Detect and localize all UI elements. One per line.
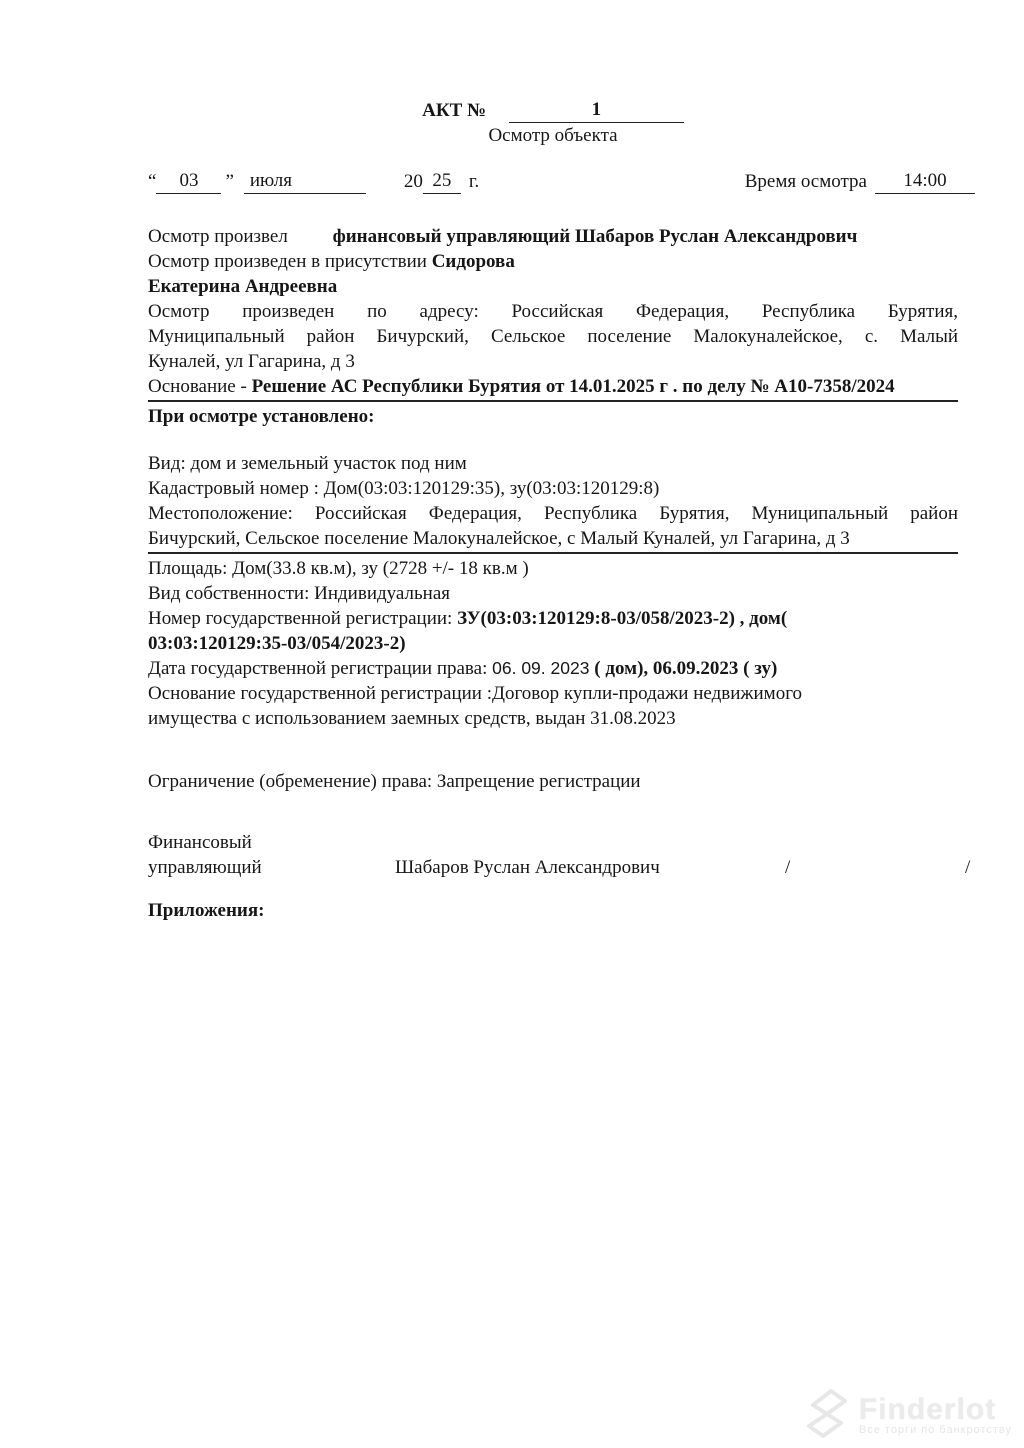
reg-date-label: Дата государственной регистрации права: bbox=[148, 658, 492, 679]
location-line2: Бичурский, Сельское поселение Малокунале… bbox=[148, 526, 958, 554]
reg-date-line: Дата государственной регистрации права: … bbox=[148, 656, 958, 681]
address-line3: Куналей, ул Гагарина, д 3 bbox=[148, 349, 958, 374]
reg-number-label: Номер государственной регистрации: bbox=[148, 608, 457, 629]
signature-role-line1: Финансовый bbox=[148, 830, 958, 855]
open-quote: “ bbox=[148, 169, 156, 194]
intro-paragraph: Осмотр произвел финансовый управляющий Ш… bbox=[148, 224, 958, 429]
location-line1: Местоположение: Российская Федерация, Ре… bbox=[148, 501, 958, 526]
act-title-row: АКТ № 1 bbox=[148, 97, 958, 123]
reg-number-line1: Номер государственной регистрации: ЗУ(03… bbox=[148, 606, 958, 631]
finderlot-watermark-title: Finderlot bbox=[859, 1396, 1012, 1424]
cadastral-line: Кадастровый номер : Дом(03:03:120129:35)… bbox=[148, 476, 958, 501]
signature-row: управляющий Шабаров Руслан Александрович… bbox=[148, 855, 958, 880]
basis-value: Решение АС Республики Бурятия от 14.01.2… bbox=[252, 376, 895, 397]
close-quote: ” bbox=[225, 169, 233, 194]
address-line1: Осмотр произведен по адресу: Российская … bbox=[148, 299, 958, 324]
inspection-time-field: 14:00 bbox=[875, 168, 975, 194]
basis-label: Основание - bbox=[148, 376, 252, 397]
day-field: 03 bbox=[156, 168, 221, 194]
presence-label: Осмотр произведен в присутствии bbox=[148, 251, 427, 272]
year-unit: г. bbox=[469, 169, 479, 194]
signature-section: Финансовый управляющий Шабаров Руслан Ал… bbox=[148, 830, 958, 880]
signature-slash-1: / bbox=[785, 855, 790, 880]
inspection-time-label: Время осмотра bbox=[745, 169, 867, 194]
reg-date-plain: 06. 09. 2023 bbox=[492, 658, 594, 678]
presence-line: Осмотр произведен в присутствии Сидорова bbox=[148, 249, 958, 274]
year-field: 25 bbox=[423, 168, 461, 194]
inspector-label: Осмотр произвел bbox=[148, 226, 288, 247]
act-number-field: 1 bbox=[509, 97, 684, 123]
act-subtitle: Осмотр объекта bbox=[148, 123, 958, 148]
month-field: июля bbox=[244, 168, 366, 194]
reg-basis-line1: Основание государственной регистрации :Д… bbox=[148, 681, 958, 706]
reg-number-value-line1: ЗУ(03:03:120129:8-03/058/2023-2) , дом( bbox=[457, 608, 787, 629]
finderlot-watermark-text: Finderlot Все торги по банкротству bbox=[859, 1396, 1012, 1437]
document-page: АКТ № 1 Осмотр объекта “ 03 ” июля 20 25… bbox=[0, 0, 1024, 1448]
inspector-value: финансовый управляющий Шабаров Руслан Ал… bbox=[333, 224, 858, 249]
finderlot-watermark-subtitle: Все торги по банкротству bbox=[859, 1424, 1012, 1437]
year-prefix: 20 bbox=[404, 169, 423, 194]
area-line: Площадь: Дом(33.8 кв.м), зу (2728 +/- 18… bbox=[148, 556, 958, 581]
inspector-line: Осмотр произвел финансовый управляющий Ш… bbox=[148, 224, 958, 249]
reg-basis-line2: имущества с использованием заемных средс… bbox=[148, 706, 958, 731]
kind-line: Вид: дом и земельный участок под ним bbox=[148, 451, 958, 476]
reg-date-bold: ( дом), 06.09.2023 ( зу) bbox=[594, 658, 777, 679]
signature-name: Шабаров Руслан Александрович bbox=[395, 855, 660, 880]
finderlot-watermark: Finderlot Все торги по банкротству bbox=[801, 1387, 1012, 1446]
restriction-line: Ограничение (обременение) права: Запреще… bbox=[148, 769, 958, 794]
ownership-line: Вид собственности: Индивидуальная bbox=[148, 581, 958, 606]
document-content: АКТ № 1 Осмотр объекта “ 03 ” июля 20 25… bbox=[148, 0, 958, 923]
finderlot-logo-icon bbox=[801, 1387, 853, 1446]
established-heading: При осмотре установлено: bbox=[148, 404, 958, 429]
signature-role-line2: управляющий bbox=[148, 855, 262, 880]
act-title-label: АКТ № bbox=[422, 100, 486, 121]
presence-value: Сидорова bbox=[432, 251, 515, 272]
signature-slash-2: / bbox=[965, 855, 970, 880]
date-row: “ 03 ” июля 20 25 г. Время осмотра 14:00 bbox=[148, 168, 958, 194]
details-section: Вид: дом и земельный участок под ним Кад… bbox=[148, 451, 958, 794]
attachments-heading: Приложения: bbox=[148, 898, 958, 923]
basis-line: Основание - Решение АС Республики Буряти… bbox=[148, 374, 958, 402]
reg-number-line2: 03:03:120129:35-03/054/2023-2) bbox=[148, 631, 958, 656]
presence-value-line2: Екатерина Андреевна bbox=[148, 274, 958, 299]
address-line2: Муниципальный район Бичурский, Сельское … bbox=[148, 324, 958, 349]
